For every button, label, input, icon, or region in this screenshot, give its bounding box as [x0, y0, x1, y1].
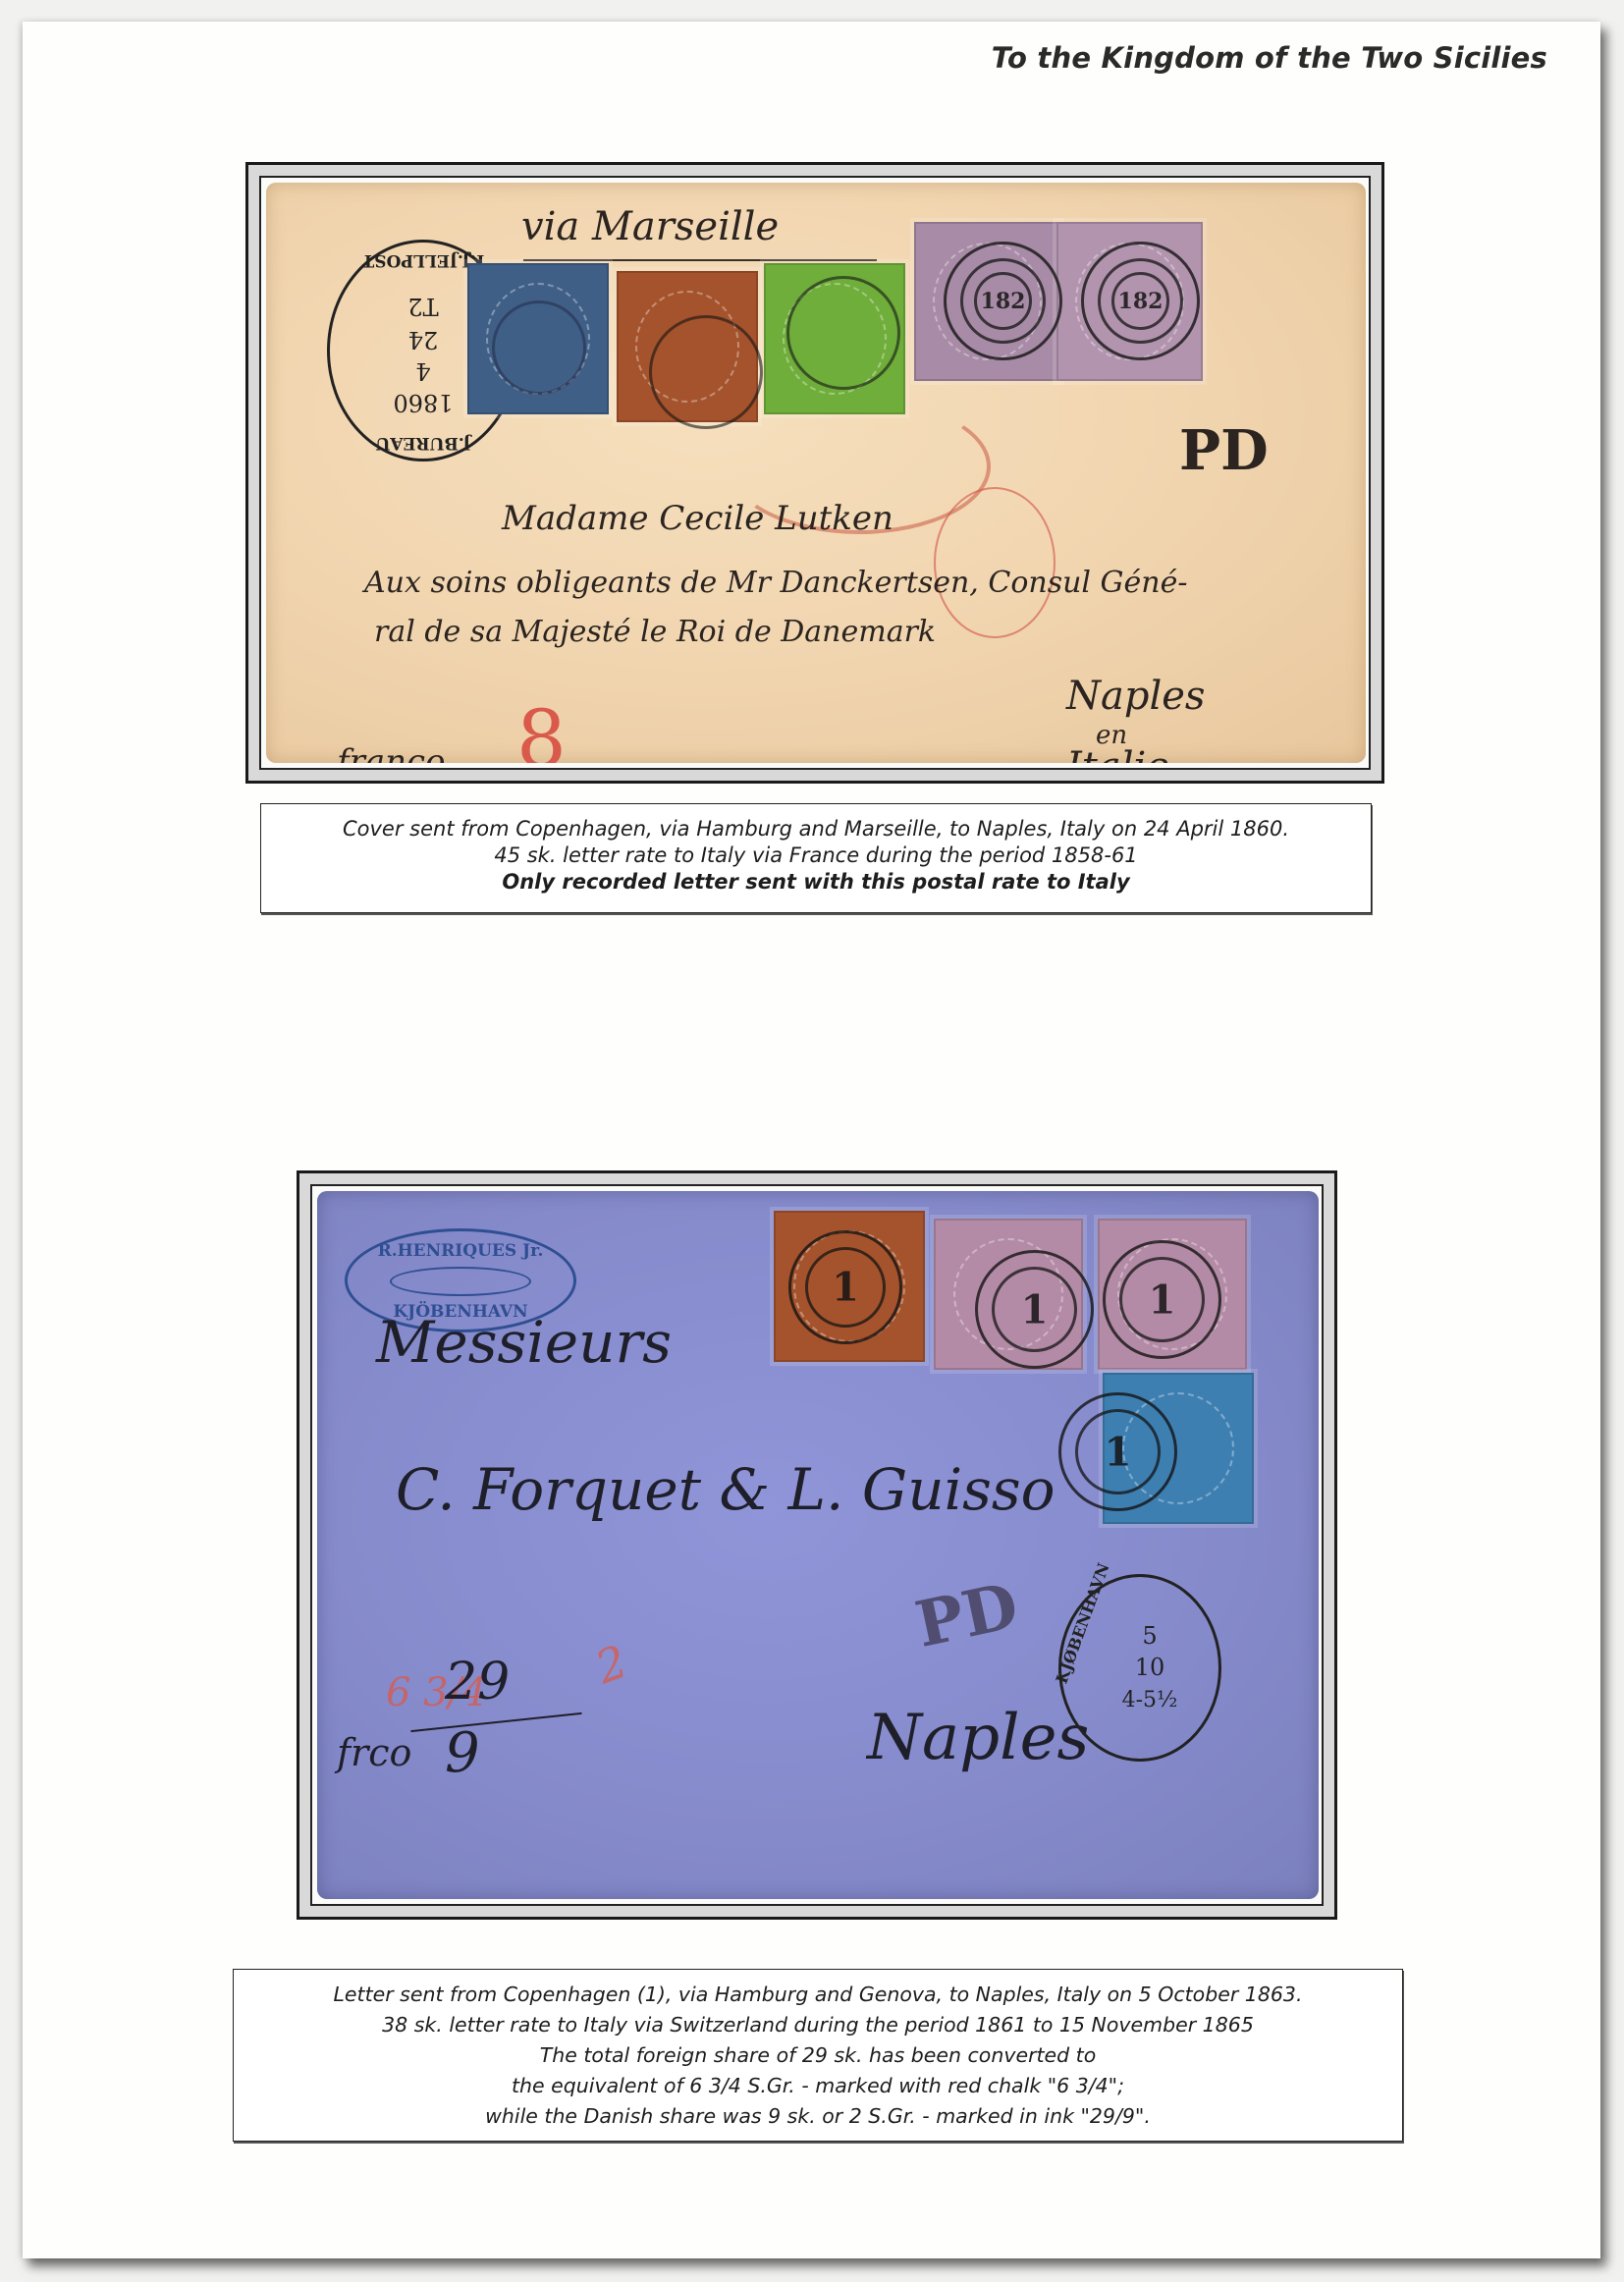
numeral-cancel-182: 182	[1081, 242, 1200, 360]
cover-2-image: R.HENRIQUES Jr. KJÖBENHAVN 1 1 1 1 Messi…	[317, 1191, 1319, 1899]
red-rate-mark: 8	[516, 693, 567, 763]
postmark-month: 10	[1081, 1656, 1218, 1680]
caption-cover-2: Letter sent from Copenhagen (1), via Ham…	[233, 1969, 1403, 2142]
address-city: Naples	[1066, 674, 1205, 719]
address-line-2: ral de sa Majesté le Roi de Danemark	[374, 615, 936, 649]
numeral-cancel	[492, 300, 586, 395]
danish-share: 9	[445, 1721, 480, 1785]
caption-2-line-2: 38 sk. letter rate to Italy via Switzerl…	[234, 2010, 1402, 2040]
numeral-cancel	[786, 276, 900, 390]
postmark-day: 5	[1081, 1624, 1218, 1649]
caption-2-line-1: Letter sent from Copenhagen (1), via Ham…	[234, 1980, 1402, 2010]
page-title: To the Kingdom of the Two Sicilies	[992, 41, 1547, 75]
franco-note: franco	[337, 742, 446, 763]
route-note: via Marseille	[521, 204, 779, 249]
postmark-time: 4-5½	[1081, 1689, 1218, 1711]
addressee: Madame Cecile Lutken	[502, 499, 893, 538]
address-city: Naples	[867, 1702, 1089, 1774]
franco-note: frco	[337, 1731, 411, 1774]
address-line-1: Aux soins obligeants de Mr Danckertsen, …	[364, 566, 1188, 600]
cover-1-mount: via Marseille KJ.JELLPOST T2 24 4 1860 J…	[245, 162, 1384, 784]
caption-2-line-5: while the Danish share was 9 sk. or 2 S.…	[234, 2101, 1402, 2132]
route-underline	[523, 259, 877, 261]
foreign-share: 29	[445, 1653, 510, 1711]
caption-1-line-2: 45 sk. letter rate to Italy via France d…	[261, 842, 1371, 869]
address-country: Italie	[1066, 744, 1169, 763]
caption-1-line-1: Cover sent from Copenhagen, via Hamburg …	[261, 816, 1371, 842]
cover-2-mount: R.HENRIQUES Jr. KJÖBENHAVN 1 1 1 1 Messi…	[297, 1170, 1337, 1920]
caption-2-line-3: The total foreign share of 29 sk. has be…	[234, 2040, 1402, 2071]
red-chalk-mark: 2	[589, 1635, 634, 1695]
postmark-kjobenhavn: KJØBENHAVN 5 10 4-5½	[1058, 1574, 1221, 1762]
salutation: Messieurs	[376, 1309, 672, 1376]
postmark-bureau: J.BUREAU	[330, 433, 516, 453]
pd-handstamp: PD	[1179, 418, 1269, 483]
numeral-cancel-1: 1	[788, 1230, 902, 1344]
numeral-cancel	[649, 315, 763, 429]
caption-1-line-3: Only recorded letter sent with this post…	[261, 869, 1371, 896]
numeral-cancel-182: 182	[944, 242, 1062, 360]
numeral-cancel-1: 1	[1103, 1240, 1221, 1359]
company-inner-oval	[390, 1267, 531, 1296]
caption-cover-1: Cover sent from Copenhagen, via Hamburg …	[260, 803, 1372, 913]
company-name: R.HENRIQUES Jr.	[348, 1241, 573, 1261]
numeral-cancel-1: 1	[975, 1250, 1094, 1369]
pd-handstamp: PD	[909, 1569, 1024, 1662]
numeral-cancel-1: 1	[1058, 1392, 1177, 1511]
addressee: C. Forquet & L. Guisso	[396, 1456, 1056, 1523]
caption-2-line-4: the equivalent of 6 3/4 S.Gr. - marked w…	[234, 2071, 1402, 2101]
cover-1-image: via Marseille KJ.JELLPOST T2 24 4 1860 J…	[266, 183, 1366, 763]
